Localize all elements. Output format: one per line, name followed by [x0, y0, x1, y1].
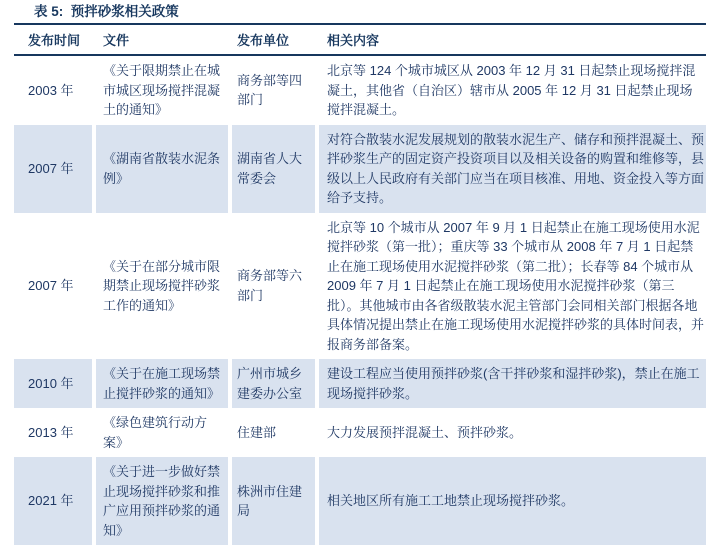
- cell-document: 《绿色建筑行动方案》: [96, 408, 228, 457]
- cell-publish-unit: 住建部: [232, 408, 315, 457]
- cell-publish-unit: 商务部等六部门: [232, 213, 315, 360]
- table-row: 2021 年 《关于进一步做好禁止现场搅拌砂浆和推广应用预拌砂浆的通知》 株洲市…: [14, 457, 706, 545]
- table-header-row: 发布时间 文件 发布单位 相关内容: [14, 25, 706, 54]
- cell-related-content: 对符合散装水泥发展规划的散装水泥生产、储存和预拌混凝土、预拌砂浆生产的固定资产投…: [319, 125, 706, 213]
- cell-publish-time: 2021 年: [14, 457, 92, 545]
- table-body: 2003 年 《关于限期禁止在城市城区现场搅拌混凝土的通知》 商务部等四部门 北…: [0, 56, 720, 545]
- cell-publish-time: 2007 年: [14, 213, 92, 360]
- cell-publish-unit: 广州市城乡建委办公室: [232, 359, 315, 408]
- cell-publish-unit: 湖南省人大常委会: [232, 125, 315, 213]
- cell-publish-unit: 株洲市住建局: [232, 457, 315, 545]
- cell-publish-time: 2010 年: [14, 359, 92, 408]
- cell-publish-time: 2003 年: [14, 56, 92, 125]
- cell-document: 《湖南省散装水泥条例》: [96, 125, 228, 213]
- table-row: 2007 年 《关于在部分城市限期禁止现场搅拌砂浆工作的通知》 商务部等六部门 …: [14, 213, 706, 360]
- table-row: 2003 年 《关于限期禁止在城市城区现场搅拌混凝土的通知》 商务部等四部门 北…: [14, 56, 706, 125]
- table-row: 2007 年 《湖南省散装水泥条例》 湖南省人大常委会 对符合散装水泥发展规划的…: [14, 125, 706, 213]
- table-title: 表 5: 预拌砂浆相关政策: [0, 0, 720, 23]
- table-row: 2013 年 《绿色建筑行动方案》 住建部 大力发展预拌混凝土、预拌砂浆。: [14, 408, 706, 457]
- document-page: 表 5: 预拌砂浆相关政策 发布时间 文件 发布单位 相关内容 2003 年 《…: [0, 0, 720, 552]
- cell-publish-time: 2007 年: [14, 125, 92, 213]
- column-header-related-content: 相关内容: [319, 25, 706, 54]
- cell-related-content: 相关地区所有施工工地禁止现场搅拌砂浆。: [319, 457, 706, 545]
- cell-related-content: 北京等 124 个城市城区从 2003 年 12 月 31 日起禁止现场搅拌混凝…: [319, 56, 706, 125]
- cell-publish-unit: 商务部等四部门: [232, 56, 315, 125]
- cell-document: 《关于限期禁止在城市城区现场搅拌混凝土的通知》: [96, 56, 228, 125]
- cell-publish-time: 2013 年: [14, 408, 92, 457]
- cell-document: 《关于进一步做好禁止现场搅拌砂浆和推广应用预拌砂浆的通知》: [96, 457, 228, 545]
- table-row: 2010 年 《关于在施工现场禁止搅拌砂浆的通知》 广州市城乡建委办公室 建设工…: [14, 359, 706, 408]
- cell-related-content: 大力发展预拌混凝土、预拌砂浆。: [319, 408, 706, 457]
- cell-document: 《关于在施工现场禁止搅拌砂浆的通知》: [96, 359, 228, 408]
- column-header-publish-time: 发布时间: [14, 25, 92, 54]
- cell-related-content: 建设工程应当使用预拌砂浆(含干拌砂浆和湿拌砂浆)，禁止在施工现场搅拌砂浆。: [319, 359, 706, 408]
- column-header-document: 文件: [96, 25, 228, 54]
- cell-document: 《关于在部分城市限期禁止现场搅拌砂浆工作的通知》: [96, 213, 228, 360]
- cell-related-content: 北京等 10 个城市从 2007 年 9 月 1 日起禁止在施工现场使用水泥搅拌…: [319, 213, 706, 360]
- column-header-publish-unit: 发布单位: [232, 25, 315, 54]
